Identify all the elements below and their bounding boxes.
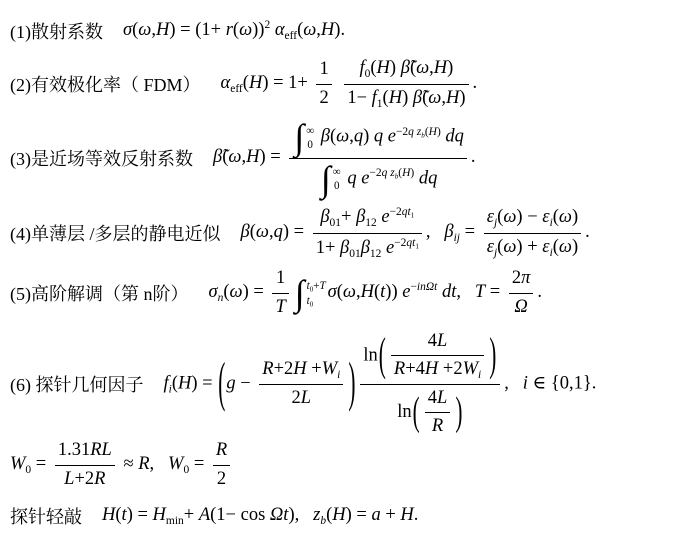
math-fraction: R2 [213, 439, 230, 490]
math-subscript: 0 [310, 301, 313, 308]
math-text: ), [288, 505, 313, 525]
math-run: Ω [514, 297, 527, 317]
math-var: ω [559, 207, 572, 227]
math-var: H [332, 505, 345, 525]
math-subscript: 01 [349, 247, 360, 259]
math-var: β [444, 222, 453, 242]
math-run: R [432, 416, 443, 436]
math-denominator: 1+ β01β12 e−2qt1 [313, 234, 422, 261]
math-numerator: ∫∞0 β(ω,q) q e−2q zb(H) dq [289, 119, 467, 158]
math-run: R+2H +W [262, 359, 337, 379]
math-fraction: ∫∞0 β(ω,q) q e−2q zb(H) dq∫∞0 q e−2q zb(… [289, 119, 467, 196]
math-subscript: 12 [370, 247, 381, 259]
math-var: L [437, 331, 447, 351]
math-var: β̃ [413, 88, 422, 108]
math-var: q [347, 168, 356, 188]
math-text: cos [241, 505, 266, 525]
equation-line-3: (3)是近场等效反射系数 β̃(ω,H) = ∫∞0 β(ω,q) q e−2q… [10, 114, 476, 202]
math-run: . [473, 73, 478, 93]
math-var: σ [209, 282, 218, 302]
math-run: Ωt), z [265, 505, 320, 525]
math-run: (ω) = [223, 282, 268, 302]
math-text: ). [334, 20, 345, 40]
math-text [336, 73, 341, 93]
equation-formula: αeff(H) = 1+ 12 f0(H) β̃(ω,H)1− f1(H) β̃… [221, 57, 478, 111]
math-var: q [354, 127, 363, 147]
math-run: β̃(ω,H) = [213, 147, 285, 167]
equation-line-8: 探针轻敲 H(t) = Hmin+ A(1− cos Ωt), zb(H) = … [10, 496, 418, 536]
math-var: ω [559, 237, 572, 257]
math-text: ∞ [333, 166, 341, 178]
math-text: 01 [349, 247, 360, 259]
math-run: . [537, 282, 542, 302]
math-text: ) [572, 237, 578, 257]
math-var: H [293, 359, 306, 379]
math-run: 12 [365, 217, 376, 229]
math-run: L+2R [64, 469, 105, 489]
math-paren: ) [348, 356, 355, 411]
math-run: 1.31RL [58, 440, 112, 460]
math-run: 0 [310, 301, 313, 308]
math-text: +4 [405, 359, 425, 379]
math-subscript: min [166, 515, 184, 527]
math-var: ω [239, 20, 252, 40]
math-numerator: 2π [509, 267, 534, 293]
math-run: H(t) = H [102, 505, 166, 525]
math-var: ω [416, 58, 429, 78]
math-numerator: R [213, 439, 230, 465]
math-text: , [150, 454, 169, 474]
math-var: ω [428, 88, 441, 108]
math-var: a [371, 505, 380, 525]
integral: ∫∞0 [294, 119, 314, 155]
math-var: H [102, 505, 115, 525]
equation-label: 探针轻敲 [10, 503, 82, 529]
math-text: 2 [292, 388, 301, 408]
math-run: α [270, 20, 284, 40]
math-run: ≈ R, W [119, 454, 184, 474]
math-run: −inΩt [410, 281, 437, 293]
math-text: −2 [396, 126, 408, 138]
math-var: L [64, 469, 74, 489]
math-text: 1− [347, 88, 371, 108]
math-text: + [184, 505, 199, 525]
math-var: RL [90, 440, 112, 460]
math-run: (ω) [553, 207, 578, 227]
math-var: β [361, 237, 370, 257]
math-var: H [153, 505, 166, 525]
math-denominator: 1− f1(H) β̃(ω,H) [344, 85, 468, 111]
math-var: ω [503, 207, 516, 227]
math-text: (1− [210, 505, 240, 525]
math-text: + [307, 359, 322, 379]
math-run: β(ω,q) = [241, 222, 309, 242]
math-var: Ω [514, 297, 527, 317]
formula-document-page: (1)散射系数 σ(ω,H) = (1+ r(ω))2 αeff(ω,H). (… [0, 0, 673, 545]
math-var: ω [256, 222, 269, 242]
math-var: q [374, 127, 383, 147]
math-var: q [274, 222, 283, 242]
math-text: 0 [307, 139, 313, 151]
math-subscript: 01 [330, 217, 341, 229]
math-var: σ [328, 282, 337, 302]
equation-formula: H(t) = Hmin+ A(1− cos Ωt), zb(H) = a + H… [102, 504, 418, 529]
math-run: −2q z [369, 167, 394, 179]
math-text: ) = [259, 147, 285, 167]
math-run [336, 73, 341, 93]
math-function: ln [397, 402, 411, 422]
math-text: ) = 1+ [262, 73, 312, 93]
math-var: ω [228, 147, 241, 167]
math-var: H [434, 58, 447, 78]
math-run: = [31, 454, 51, 474]
math-var: ω [230, 282, 243, 302]
math-var: H [361, 282, 374, 302]
math-run: α [221, 73, 231, 93]
math-var: e [386, 237, 394, 257]
math-run: W [10, 454, 25, 474]
equation-line-2: (2)有效极化率（ FDM） αeff(H) = 1+ 12 f0(H) β̃(… [10, 56, 477, 112]
math-var: β̃ [213, 147, 222, 167]
math-var: ω [343, 282, 356, 302]
math-run: 01 [349, 247, 360, 259]
math-run: +T [313, 280, 325, 292]
math-denominator: Ω [509, 294, 534, 319]
math-superscript: −inΩt [410, 281, 437, 293]
math-var: H [446, 88, 459, 108]
math-run: 2 [217, 469, 226, 489]
integral-upper-bound: ∞ [333, 166, 341, 180]
math-numerator: R+2H +Wi [259, 358, 343, 385]
math-fraction: 1.31RLL+2R [55, 439, 115, 490]
math-subscript: i [478, 369, 481, 381]
math-run: σ [209, 282, 218, 302]
math-var: H [377, 58, 390, 78]
math-var: W [322, 359, 337, 379]
math-run: (H) β̃(ω,H) [383, 88, 466, 108]
math-denominator: L+2R [55, 466, 115, 491]
math-text: = [460, 222, 480, 242]
math-run: dt, T = [437, 282, 505, 302]
math-text: = [485, 282, 505, 302]
math-text: 1 [411, 212, 415, 220]
math-text: −2 [369, 167, 381, 179]
math-superscript: −2q zb(H) [396, 126, 441, 138]
math-numerator: f0(H) β̃(ω,H) [344, 57, 468, 84]
math-function: ln [363, 345, 377, 365]
math-var: dq [445, 127, 464, 147]
math-run: 1 [415, 242, 419, 250]
math-text: ) [447, 58, 453, 78]
math-run: i [478, 369, 481, 381]
integral-upper-bound: ∞ [306, 125, 314, 139]
math-run: β [361, 237, 370, 257]
math-denominator: ln(4LR) [360, 385, 500, 438]
integral-lower-bound: t0 [307, 295, 326, 310]
math-fraction: 12 [316, 58, 331, 109]
math-text: ) [363, 127, 374, 147]
math-var: W [10, 454, 25, 474]
equation-line-7: W0 = 1.31RLL+2R ≈ R, W0 = R2 [10, 438, 234, 492]
math-numerator: ln(4LR+4H +2Wi) [360, 330, 500, 385]
math-text: 2 [319, 88, 328, 108]
math-text: = [189, 454, 209, 474]
math-text: ∞ [306, 125, 314, 137]
equation-formula: fi(H) = (g − R+2H +Wi2L)ln(4LR+4H +2Wi)l… [164, 330, 597, 439]
math-denominator: 2 [316, 85, 331, 110]
math-var: inΩt [417, 281, 437, 293]
math-fraction: 2πΩ [509, 267, 534, 318]
math-subscript: 1 [411, 212, 415, 220]
math-subscript: 12 [365, 217, 376, 229]
integral-lower-bound: 0 [333, 180, 341, 194]
math-numerator: 1 [316, 58, 331, 84]
math-text: 0 [334, 180, 340, 192]
math-text: . [585, 222, 590, 242]
math-fraction: ln(4LR+4H +2Wi)ln(4LR) [360, 330, 500, 439]
math-function: min [166, 515, 184, 527]
math-text: 1 [276, 268, 285, 288]
math-run: (H) [398, 167, 414, 179]
math-numerator: 1 [272, 267, 288, 293]
equation-line-6: (6) 探针几何因子 fi(H) = (g − R+2H +Wi2L)ln(4L… [10, 328, 596, 440]
math-text: ) = [346, 505, 372, 525]
math-run: −2q z [396, 126, 421, 138]
math-var: L [301, 388, 311, 408]
math-var: H [249, 73, 262, 93]
math-text: ) + [516, 237, 542, 257]
integral-limits: t0+Tt0 [307, 280, 326, 306]
math-run: . [585, 222, 590, 242]
math-var: R [138, 454, 149, 474]
math-text: . [414, 505, 419, 525]
integral-lower-bound: 0 [306, 139, 314, 153]
equation-line-4: (4)单薄层 /多层的静电近似 β(ω,q) = β01+ β12 e−2qt1… [10, 204, 590, 262]
math-numerator: 1.31RL [55, 439, 115, 465]
math-numerator: 4L [425, 387, 451, 413]
math-var: α [221, 73, 231, 93]
math-var: H [389, 88, 402, 108]
math-run: (H) = [172, 373, 217, 393]
math-text: 1+ [316, 237, 340, 257]
math-run: (H) [425, 126, 441, 138]
math-text: +2 [438, 359, 462, 379]
math-run: 0 [307, 139, 313, 151]
math-run: 1 [276, 268, 285, 288]
math-run: ε [487, 207, 494, 227]
math-denominator: ∫∞0 q e−2q zb(H) dq [289, 159, 467, 197]
math-run: 12 [370, 247, 381, 259]
math-text: 1 [319, 59, 328, 79]
math-text: 1.31 [58, 440, 90, 460]
math-run: σ(ω,H(t)) e [328, 282, 411, 302]
math-run: q e [343, 168, 370, 188]
equation-label: (4)单薄层 /多层的静电近似 [10, 220, 221, 246]
math-run: (H) = a + H. [326, 505, 418, 525]
math-text: ) = [127, 505, 153, 525]
equation-formula: β(ω,q) = β01+ β12 e−2qt11+ β01β12 e−2qt1… [241, 205, 590, 260]
integral-sign: ∫ [321, 161, 331, 197]
math-run: β(ω,q) q e [316, 127, 396, 147]
math-paren: ( [218, 356, 225, 411]
math-text: , [426, 222, 445, 242]
equation-label: (5)高阶解调（第 n阶） [10, 280, 189, 306]
math-run: (ω) − ε [497, 207, 549, 227]
math-text: ) [572, 207, 578, 227]
math-var: dq [419, 168, 438, 188]
math-function: eff [230, 83, 243, 95]
math-var: ω [503, 237, 516, 257]
math-text: ) = (1+ [169, 20, 225, 40]
math-var: R [262, 359, 273, 379]
math-text: −2 [390, 206, 402, 218]
math-text: ) − [516, 207, 542, 227]
math-text: 2 [217, 469, 226, 489]
math-run: R [216, 440, 227, 460]
math-text: min [166, 515, 184, 527]
math-var: β [356, 207, 365, 227]
math-text: ) = [191, 373, 217, 393]
math-subscript: 1 [415, 242, 419, 250]
math-var: e [381, 207, 389, 227]
math-var: e [388, 127, 396, 147]
math-paren: ( [413, 393, 420, 433]
math-run: 2 [319, 88, 328, 108]
math-var: ε [487, 237, 494, 257]
math-text: . [473, 73, 478, 93]
math-var: R [432, 416, 443, 436]
math-text: 01 [330, 217, 341, 229]
math-var: W [463, 359, 478, 379]
equation-formula: β̃(ω,H) = ∫∞0 β(ω,q) q e−2q zb(H) dq∫∞0 … [213, 119, 476, 196]
math-text: 1 [415, 242, 419, 250]
math-denominator: R+4H +2Wi [391, 356, 484, 382]
math-var: H [321, 20, 334, 40]
math-fraction: 1T [272, 267, 288, 318]
math-text: ) [459, 88, 465, 108]
math-run: ε [487, 237, 494, 257]
math-fraction: εj(ω) − εi(ω)εj(ω) + εi(ω) [484, 206, 581, 260]
math-run: . [471, 147, 476, 167]
math-text: + [381, 505, 401, 525]
math-run: = [189, 454, 209, 474]
math-run: −2qt [394, 237, 415, 249]
math-text: +2 [274, 359, 294, 379]
math-var: ε [487, 207, 494, 227]
math-text: . [537, 282, 542, 302]
math-run: T [275, 297, 285, 317]
math-var: L [437, 388, 447, 408]
math-text: −2 [394, 237, 406, 249]
math-var: qt [406, 237, 415, 249]
math-run: 1 [319, 59, 328, 79]
math-function: cos [241, 505, 266, 525]
math-denominator: 2 [213, 466, 230, 491]
equation-formula: σ(ω,H) = (1+ r(ω))2 αeff(ω,H). [123, 19, 345, 44]
math-var: R [394, 359, 405, 379]
equation-label: (6) 探针几何因子 [10, 371, 144, 397]
math-superscript: −2q zb(H) [369, 167, 414, 179]
math-subscript: i [337, 369, 340, 381]
math-var: ε [542, 237, 549, 257]
math-text: ln [397, 402, 411, 422]
math-text: +2 [74, 469, 94, 489]
math-var: T [275, 297, 285, 317]
integral: ∫t0+Tt0 [295, 275, 326, 311]
math-run: σ(ω,H) = (1+ r(ω)) [123, 20, 264, 40]
math-text: eff [285, 30, 298, 42]
math-text: , [504, 373, 523, 393]
math-var: σ [123, 20, 132, 40]
math-run: 4L [428, 388, 448, 408]
math-superscript: −2qt1 [394, 237, 419, 249]
math-text: 12 [370, 247, 381, 259]
math-text: )) [252, 20, 264, 40]
equation-formula: W0 = 1.31RLL+2R ≈ R, W0 = R2 [10, 439, 234, 490]
math-run: (H) β̃(ω,H) [370, 58, 453, 78]
math-var: qt [402, 206, 411, 218]
math-text: , [456, 282, 475, 302]
equation-label: (2)有效极化率（ FDM） [10, 71, 201, 97]
integral-upper-bound: t0+T [307, 280, 326, 295]
math-text: = [31, 454, 51, 474]
math-fraction: R+2H +Wi2L [259, 358, 343, 410]
math-run: = [460, 222, 480, 242]
math-run: ∞ [333, 166, 341, 178]
math-run: + A(1− [184, 505, 241, 525]
math-var: β [340, 237, 349, 257]
math-text: 12 [365, 217, 376, 229]
math-run: β [320, 207, 329, 227]
math-text: 4 [428, 331, 437, 351]
math-run: , β [426, 222, 454, 242]
math-run: 1+ β [316, 237, 350, 257]
math-text: − [236, 373, 256, 393]
math-run: 01 [330, 217, 341, 229]
math-var: β [321, 127, 330, 147]
math-run: 0 [334, 180, 340, 192]
math-run: 2L [292, 388, 312, 408]
math-run: ∞ [306, 125, 314, 137]
integral-sign: ∫ [295, 275, 305, 311]
math-var: A [199, 505, 210, 525]
math-run: −2qt [390, 206, 411, 218]
math-var: H [400, 505, 413, 525]
math-var: r [226, 20, 233, 40]
math-run: , i ∈ {0,1}. [504, 373, 596, 393]
math-paren: ( [379, 332, 386, 379]
math-run: (ω) + ε [497, 237, 549, 257]
math-var: ω [336, 127, 349, 147]
math-var: T [475, 282, 485, 302]
math-var: H [429, 126, 437, 138]
math-var: ε [542, 207, 549, 227]
math-text: + [341, 207, 356, 227]
math-run: dq [414, 168, 437, 188]
integral-limits: ∞0 [306, 125, 314, 151]
math-fraction: β01+ β12 e−2qt11+ β01β12 e−2qt1 [313, 205, 422, 260]
integral-sign: ∫ [294, 119, 304, 155]
math-subscript: eff [285, 30, 298, 42]
math-text: ) [402, 88, 413, 108]
math-var: ω [303, 20, 316, 40]
math-text: eff [230, 83, 243, 95]
math-text: 4 [428, 388, 437, 408]
math-denominator: T [272, 294, 288, 319]
integral: ∫∞0 [321, 161, 341, 197]
math-function: eff [285, 30, 298, 42]
math-var: β̃ [401, 58, 410, 78]
